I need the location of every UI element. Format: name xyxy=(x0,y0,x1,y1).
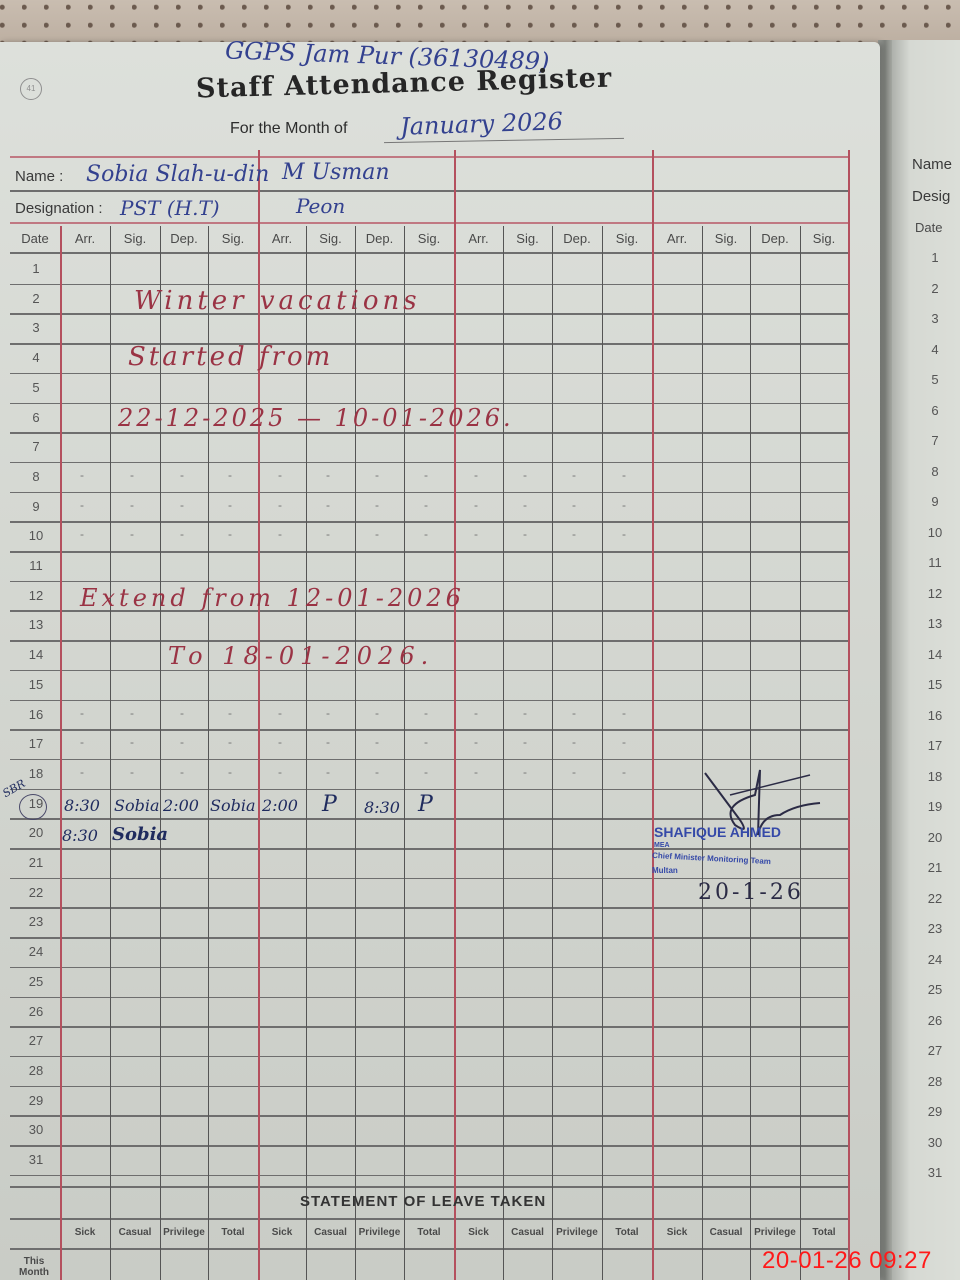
staff-1-designation: PST (H.T) xyxy=(120,196,220,220)
month-value: January 2026 xyxy=(400,107,564,141)
vacation-dash: - xyxy=(474,765,478,779)
grid-row-line xyxy=(10,222,850,224)
date-cell: 9 xyxy=(18,499,54,514)
vacation-dash: - xyxy=(572,468,576,482)
vacation-dash: - xyxy=(80,498,84,512)
grid-row-line xyxy=(10,1026,850,1028)
date-cell: 26 xyxy=(18,1004,54,1019)
grid-row-line xyxy=(10,432,850,434)
grid-row-line xyxy=(10,581,850,583)
vacation-dash: - xyxy=(228,527,232,541)
col-header-arr-staff2: Arr. xyxy=(258,231,306,246)
next-page-date-cell: 4 xyxy=(920,342,950,357)
next-page-date-cell: 21 xyxy=(920,860,950,875)
leave-col-sick: Sick xyxy=(258,1227,306,1238)
grid-column-line xyxy=(848,150,850,1280)
col-header-sig-staff4: Sig. xyxy=(800,231,848,246)
date-cell: 22 xyxy=(18,885,54,900)
vacation-dash: - xyxy=(228,498,232,512)
date-cell: 5 xyxy=(18,380,54,395)
vacation-dash: - xyxy=(80,765,84,779)
day19-staff2-dep-sig: P xyxy=(418,792,433,817)
note-started-from: Started from xyxy=(128,342,333,372)
vacation-dash: - xyxy=(375,527,379,541)
col-header-sig-staff3: Sig. xyxy=(503,231,552,246)
vacation-dash: - xyxy=(278,468,282,482)
leave-statement-title: STATEMENT OF LEAVE TAKEN xyxy=(300,1193,546,1210)
next-page-date-cell: 8 xyxy=(920,464,950,479)
grid-column-line xyxy=(258,150,260,1280)
vacation-dash: - xyxy=(180,706,184,720)
vacation-dash: - xyxy=(523,735,527,749)
next-page-date-cell: 20 xyxy=(920,830,950,845)
vacation-dash: - xyxy=(278,735,282,749)
date-cell: 11 xyxy=(18,558,54,573)
vacation-dash: - xyxy=(180,468,184,482)
vacation-dash: - xyxy=(130,735,134,749)
vacation-dash: - xyxy=(375,706,379,720)
leave-col-privilege: Privilege xyxy=(552,1227,602,1238)
next-page-date-cell: 24 xyxy=(920,952,950,967)
next-page-date-cell: 9 xyxy=(920,494,950,509)
day19-staff1-sig: Sobia xyxy=(114,796,160,815)
vacation-dash: - xyxy=(278,765,282,779)
vacation-dash: - xyxy=(474,527,478,541)
vacation-dash: - xyxy=(622,765,626,779)
next-page-date-cell: 19 xyxy=(920,799,950,814)
day19-staff2-dep: 8:30 xyxy=(364,798,400,817)
grid-row-line xyxy=(10,1145,850,1147)
vacation-dash: - xyxy=(326,765,330,779)
grid-row-line xyxy=(10,997,850,999)
next-page-date-cell: 5 xyxy=(920,372,950,387)
next-page-date-cell: 11 xyxy=(920,555,950,570)
grid-row-line xyxy=(10,1175,850,1177)
vacation-dash: - xyxy=(375,765,379,779)
date-cell: 28 xyxy=(18,1063,54,1078)
grid-row-line xyxy=(10,1086,850,1088)
col-header-sig-staff2: Sig. xyxy=(306,231,355,246)
grid-row-line xyxy=(10,729,850,731)
date-cell: 16 xyxy=(18,707,54,722)
grid-column-line xyxy=(602,226,603,1280)
vacation-dash: - xyxy=(80,468,84,482)
grid-row-line xyxy=(10,937,850,939)
date-cell: 27 xyxy=(18,1033,54,1048)
grid-row-line xyxy=(10,759,850,761)
next-page-date-cell: 26 xyxy=(920,1013,950,1028)
vacation-dash: - xyxy=(424,735,428,749)
vacation-dash: - xyxy=(375,735,379,749)
leave-col-total: Total xyxy=(404,1227,454,1238)
grid-column-line xyxy=(306,226,307,1280)
vacation-dash: - xyxy=(474,735,478,749)
vacation-dash: - xyxy=(523,498,527,512)
col-header-arr-staff4: Arr. xyxy=(652,231,702,246)
grid-column-line xyxy=(454,150,456,1280)
next-page-date-cell: 14 xyxy=(920,647,950,662)
vacation-dash: - xyxy=(180,735,184,749)
inspector-signature-icon xyxy=(700,765,830,860)
next-page-date-cell: 10 xyxy=(920,525,950,540)
next-page-date-cell: 17 xyxy=(920,738,950,753)
next-page-date-cell: 12 xyxy=(920,586,950,601)
grid-column-line xyxy=(800,226,801,1280)
grid-column-line xyxy=(702,226,703,1280)
vacation-dash: - xyxy=(130,765,134,779)
vacation-dash: - xyxy=(130,527,134,541)
date-cell: 14 xyxy=(18,647,54,662)
next-page-date-cell: 27 xyxy=(920,1043,950,1058)
date-cell: 21 xyxy=(18,855,54,870)
next-page-date-cell: 18 xyxy=(920,769,950,784)
vacation-dash: - xyxy=(278,498,282,512)
vacation-dash: - xyxy=(228,765,232,779)
grid-row-line xyxy=(10,284,850,286)
grid-column-line xyxy=(750,226,751,1280)
vacation-dash: - xyxy=(622,735,626,749)
vacation-dash: - xyxy=(622,498,626,512)
grid-row-line xyxy=(10,551,850,553)
grid-row-line xyxy=(10,1056,850,1058)
date-cell: 29 xyxy=(18,1093,54,1108)
leave-col-sick: Sick xyxy=(60,1227,110,1238)
next-page-date-cell: 29 xyxy=(920,1104,950,1119)
grid-row-line xyxy=(10,700,850,702)
vacation-dash: - xyxy=(572,527,576,541)
date-cell: 8 xyxy=(18,469,54,484)
stamp-city: Multan xyxy=(652,866,678,875)
vacation-dash: - xyxy=(326,706,330,720)
vacation-dash: - xyxy=(523,765,527,779)
vacation-dash: - xyxy=(326,498,330,512)
col-header-dep-staff2: Dep. xyxy=(355,231,404,246)
grid-row-line xyxy=(10,1115,850,1117)
vacation-dash: - xyxy=(572,735,576,749)
next-page-date-cell: 22 xyxy=(920,891,950,906)
day20-staff1-sig: Sobia xyxy=(112,824,168,845)
next-page-name-label: Name xyxy=(912,156,952,173)
vacation-dash: - xyxy=(474,706,478,720)
inspection-date: 20-1-26 xyxy=(698,880,804,905)
grid-row-line xyxy=(10,1248,850,1250)
date-cell: 24 xyxy=(18,944,54,959)
leave-col-total: Total xyxy=(208,1227,258,1238)
grid-row-line xyxy=(10,492,850,494)
leave-col-sick: Sick xyxy=(652,1227,702,1238)
vacation-dash: - xyxy=(130,498,134,512)
date-cell: 7 xyxy=(18,439,54,454)
book-gutter xyxy=(878,40,892,1280)
stamp-name: SHAFIQUE AHMED xyxy=(654,824,781,840)
month-label: For the Month of xyxy=(230,120,347,138)
next-page-date-cell: 3 xyxy=(920,311,950,326)
this-month-label: This Month xyxy=(14,1256,54,1278)
grid-column-line xyxy=(355,226,356,1280)
vacation-dash: - xyxy=(424,706,428,720)
vacation-dash: - xyxy=(622,706,626,720)
day19-staff1-dep-sig: Sobia xyxy=(210,796,256,815)
date-cell: 17 xyxy=(18,736,54,751)
date-cell: 12 xyxy=(18,588,54,603)
day19-staff1-arr: 8:30 xyxy=(64,796,100,815)
vacation-dash: - xyxy=(622,468,626,482)
vacation-dash: - xyxy=(622,527,626,541)
next-page-date-cell: 6 xyxy=(920,403,950,418)
vacation-dash: - xyxy=(424,765,428,779)
vacation-dash: - xyxy=(523,527,527,541)
grid-column-line xyxy=(552,226,553,1280)
leave-col-privilege: Privilege xyxy=(750,1227,800,1238)
next-page-date-cell: 7 xyxy=(920,433,950,448)
vacation-dash: - xyxy=(228,706,232,720)
vacation-dash: - xyxy=(130,706,134,720)
vacation-dash: - xyxy=(326,735,330,749)
grid-row-line xyxy=(10,1218,850,1220)
next-page-date-cell: 1 xyxy=(920,250,950,265)
grid-row-line xyxy=(10,670,850,672)
date-cell: 25 xyxy=(18,974,54,989)
date-cell: 20 xyxy=(18,825,54,840)
leave-col-casual: Casual xyxy=(702,1227,750,1238)
leave-col-casual: Casual xyxy=(110,1227,160,1238)
grid-row-line xyxy=(10,252,850,254)
vacation-dash: - xyxy=(278,527,282,541)
leave-col-casual: Casual xyxy=(503,1227,552,1238)
grid-row-line xyxy=(10,967,850,969)
date-cell: 4 xyxy=(18,350,54,365)
date-cell: 23 xyxy=(18,914,54,929)
date-cell: 15 xyxy=(18,677,54,692)
col-header-sig-staff2: Sig. xyxy=(404,231,454,246)
designation-label: Designation : xyxy=(15,200,103,217)
date-cell: 1 xyxy=(18,261,54,276)
day19-staff2-sig: P xyxy=(322,792,337,817)
vacation-dash: - xyxy=(278,706,282,720)
grid-row-line xyxy=(10,156,850,158)
grid-column-line xyxy=(160,226,161,1280)
vacation-dash: - xyxy=(228,735,232,749)
vacation-dash: - xyxy=(424,527,428,541)
vacation-dash: - xyxy=(228,468,232,482)
note-extended-to: To 18-01-2026. xyxy=(168,642,434,670)
date-cell: 3 xyxy=(18,320,54,335)
next-page-date-header: Date xyxy=(915,220,942,235)
leave-col-total: Total xyxy=(602,1227,652,1238)
grid-column-line xyxy=(208,226,209,1280)
grid-row-line xyxy=(10,907,850,909)
grid-column-line xyxy=(503,226,504,1280)
col-header-dep-staff3: Dep. xyxy=(552,231,602,246)
next-page-date-cell: 30 xyxy=(920,1135,950,1150)
grid-column-line xyxy=(404,226,405,1280)
vacation-dash: - xyxy=(326,468,330,482)
next-page-date-cell: 25 xyxy=(920,982,950,997)
vacation-dash: - xyxy=(180,498,184,512)
date-cell: 31 xyxy=(18,1152,54,1167)
leave-col-casual: Casual xyxy=(306,1227,355,1238)
note-winter-vacations: Winter vacations xyxy=(134,286,421,316)
staff-1-name: Sobia Slah-u-din xyxy=(86,162,269,187)
vacation-dash: - xyxy=(180,527,184,541)
vacation-dash: - xyxy=(180,765,184,779)
grid-row-line xyxy=(10,878,850,880)
col-header-dep-staff4: Dep. xyxy=(750,231,800,246)
register-page xyxy=(0,42,880,1280)
grid-row-line xyxy=(10,373,850,375)
camera-timestamp: 20-01-26 09:27 xyxy=(762,1247,932,1275)
vacation-dash: - xyxy=(523,706,527,720)
leave-col-privilege: Privilege xyxy=(355,1227,404,1238)
next-page-date-cell: 16 xyxy=(920,708,950,723)
day-19-circle xyxy=(19,794,47,820)
grid-column-line xyxy=(110,226,111,1280)
grid-column-line xyxy=(60,226,62,1280)
vacation-dash: - xyxy=(474,468,478,482)
note-extended-from: Extend from 12-01-2026 xyxy=(80,584,465,612)
date-cell: 13 xyxy=(18,617,54,632)
vacation-dash: - xyxy=(80,735,84,749)
next-page-date-cell: 28 xyxy=(920,1074,950,1089)
date-cell: 2 xyxy=(18,291,54,306)
name-label: Name : xyxy=(15,168,63,185)
stamp-title: MEA xyxy=(654,842,670,849)
grid-column-line xyxy=(652,150,654,1280)
col-header-sig-staff1: Sig. xyxy=(110,231,160,246)
vacation-dash: - xyxy=(424,498,428,512)
vacation-dash: - xyxy=(572,706,576,720)
vacation-dash: - xyxy=(424,468,428,482)
leave-col-total: Total xyxy=(800,1227,848,1238)
next-page-date-cell: 23 xyxy=(920,921,950,936)
vacation-dash: - xyxy=(375,498,379,512)
day19-staff2-arr: 2:00 xyxy=(262,796,298,815)
date-cell: 6 xyxy=(18,410,54,425)
col-header-dep-staff1: Dep. xyxy=(160,231,208,246)
date-cell: 10 xyxy=(18,528,54,543)
next-page-date-cell: 13 xyxy=(920,616,950,631)
vacation-dash: - xyxy=(572,498,576,512)
vacation-dash: - xyxy=(326,527,330,541)
vacation-dash: - xyxy=(375,468,379,482)
leave-col-sick: Sick xyxy=(454,1227,503,1238)
page-number-mark: 41 xyxy=(20,78,42,100)
col-header-sig-staff1: Sig. xyxy=(208,231,258,246)
grid-row-line xyxy=(10,462,850,464)
col-header-sig-staff4: Sig. xyxy=(702,231,750,246)
vacation-dash: - xyxy=(80,527,84,541)
date-header: Date xyxy=(10,231,60,246)
col-header-arr-staff3: Arr. xyxy=(454,231,503,246)
leave-col-privilege: Privilege xyxy=(160,1227,208,1238)
vacation-dash: - xyxy=(474,498,478,512)
grid-row-line xyxy=(10,1186,850,1188)
grid-row-line xyxy=(10,190,850,192)
vacation-dash: - xyxy=(80,706,84,720)
next-page-date-cell: 15 xyxy=(920,677,950,692)
day20-staff1-arr: 8:30 xyxy=(62,826,98,845)
vacation-dash: - xyxy=(523,468,527,482)
date-cell: 18 xyxy=(18,766,54,781)
vacation-dash: - xyxy=(130,468,134,482)
staff-2-name: M Usman xyxy=(282,160,390,185)
vacation-dash: - xyxy=(572,765,576,779)
note-vacation-dates: 22-12-2025 — 10-01-2026. xyxy=(118,404,514,432)
col-header-sig-staff3: Sig. xyxy=(602,231,652,246)
col-header-arr-staff1: Arr. xyxy=(60,231,110,246)
next-page-date-cell: 2 xyxy=(920,281,950,296)
next-page-designation-label: Desig xyxy=(912,188,950,205)
grid-row-line xyxy=(10,521,850,523)
day19-staff1-dep: 2:00 xyxy=(163,796,199,815)
date-cell: 30 xyxy=(18,1122,54,1137)
staff-2-designation: Peon xyxy=(296,194,345,218)
next-page-date-cell: 31 xyxy=(920,1165,950,1180)
